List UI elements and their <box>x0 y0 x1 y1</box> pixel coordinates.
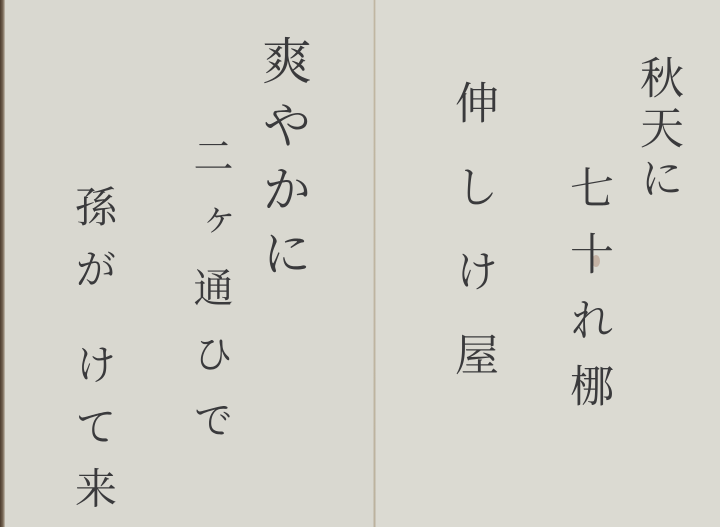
poem-column-3: 伸しけ屋 <box>450 80 494 416</box>
center-fold <box>373 0 376 527</box>
poem-column-4: 爽やかに <box>258 35 308 291</box>
poem-column-6: 孫が けて来 <box>72 185 114 527</box>
poem-column-2: 七十れ梛 <box>565 165 609 429</box>
poem-column-1: 秋天に <box>635 55 679 205</box>
card-edge <box>0 0 5 527</box>
calligraphy-card: 秋天に 七十れ梛 伸しけ屋 爽やかに 二ヶ通ひで 孫が けて来 <box>0 0 720 527</box>
poem-column-5: 二ヶ通ひで <box>190 135 230 465</box>
